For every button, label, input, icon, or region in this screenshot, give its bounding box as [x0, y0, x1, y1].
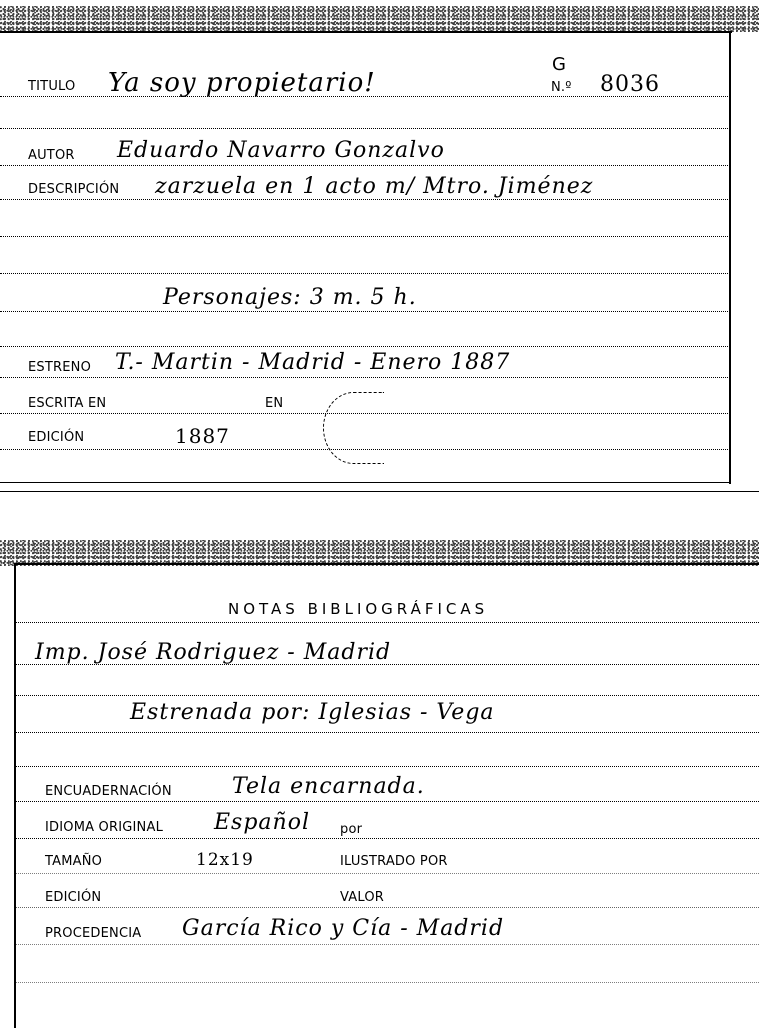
- edicion-label: EDICIÓN: [45, 890, 101, 905]
- estreno-value: T.- Martin - Madrid - Enero 1887: [115, 350, 510, 375]
- numero-label: N.º: [551, 80, 572, 95]
- card-left-border: [14, 563, 16, 1028]
- procedencia-value: García Rico y Cía - Madrid: [182, 916, 504, 941]
- notes-rule: [16, 622, 759, 623]
- ilustrado-label: ILUSTRADO POR: [340, 854, 448, 869]
- scan-edge-noise: [0, 6, 759, 32]
- autor-label: AUTOR: [28, 148, 75, 163]
- descripcion-label: DESCRIPCIÓN: [28, 182, 119, 197]
- tamano-value: 12x19: [196, 850, 254, 870]
- tamano-rule: [16, 873, 759, 874]
- encuadernacion-rule: [16, 801, 759, 802]
- card-right-border: [729, 31, 731, 484]
- procedencia-rule: [16, 944, 759, 945]
- idioma-rule: [16, 838, 759, 839]
- notes-rule: [16, 732, 759, 733]
- notes-heading: NOTAS BIBLIOGRÁFICAS: [228, 600, 488, 618]
- titulo-value: Ya soy propietario!: [108, 68, 376, 98]
- notes-rule: [16, 695, 759, 696]
- card-lower-rule: [0, 482, 730, 483]
- blank-rule: [0, 346, 728, 347]
- idioma-label: IDIOMA ORIGINAL: [45, 820, 163, 835]
- en-label: EN: [265, 396, 283, 411]
- blank-rule: [0, 273, 728, 274]
- note-line-2: Estrenada por: Iglesias - Vega: [130, 700, 495, 725]
- autor-value: Eduardo Navarro Gonzalvo: [117, 138, 445, 163]
- escrita-en-label: ESCRITA EN: [28, 396, 106, 411]
- tamano-label: TAMAÑO: [45, 854, 102, 869]
- numero-value: 8036: [600, 72, 660, 97]
- edicion-value: 1887: [175, 424, 230, 448]
- blank-rule: [0, 128, 728, 129]
- descripcion-value: zarzuela en 1 acto m/ Mtro. Jiménez: [155, 174, 593, 199]
- procedencia-label: PROCEDENCIA: [45, 926, 141, 941]
- titulo-label: TITULO: [28, 79, 75, 94]
- idioma-por-label: por: [340, 822, 362, 837]
- punch-hole-mark: [323, 392, 384, 464]
- card-top-border: [0, 31, 732, 33]
- descripcion-rule: [0, 199, 728, 200]
- titulo-rule: [0, 96, 728, 97]
- card-top-border: [14, 563, 759, 565]
- edicion-label: EDICIÓN: [28, 430, 84, 445]
- personajes-rule: [0, 311, 728, 312]
- estreno-rule: [0, 377, 728, 378]
- autor-rule: [0, 165, 728, 166]
- encuadernacion-label: ENCUADERNACIÓN: [45, 784, 172, 799]
- catalog-card-front: TITULO Ya soy propietario! G N.º 8036 AU…: [0, 0, 759, 500]
- encuadernacion-value: Tela encarnada.: [232, 774, 425, 799]
- valor-label: VALOR: [340, 890, 384, 905]
- blank-rule: [16, 982, 759, 983]
- estreno-label: ESTRENO: [28, 360, 91, 375]
- numero-mark: G: [552, 54, 566, 75]
- personajes-value: Personajes: 3 m. 5 h.: [163, 285, 417, 310]
- note-line-1: Imp. José Rodriguez - Madrid: [35, 640, 391, 665]
- idioma-value: Español: [214, 810, 310, 835]
- notes-rule: [16, 664, 759, 665]
- notes-rule: [16, 766, 759, 767]
- catalog-card-back: NOTAS BIBLIOGRÁFICAS Imp. José Rodriguez…: [0, 530, 759, 1028]
- card-bottom-edge: [0, 491, 759, 492]
- blank-rule: [0, 236, 728, 237]
- edicion-rule: [16, 907, 759, 908]
